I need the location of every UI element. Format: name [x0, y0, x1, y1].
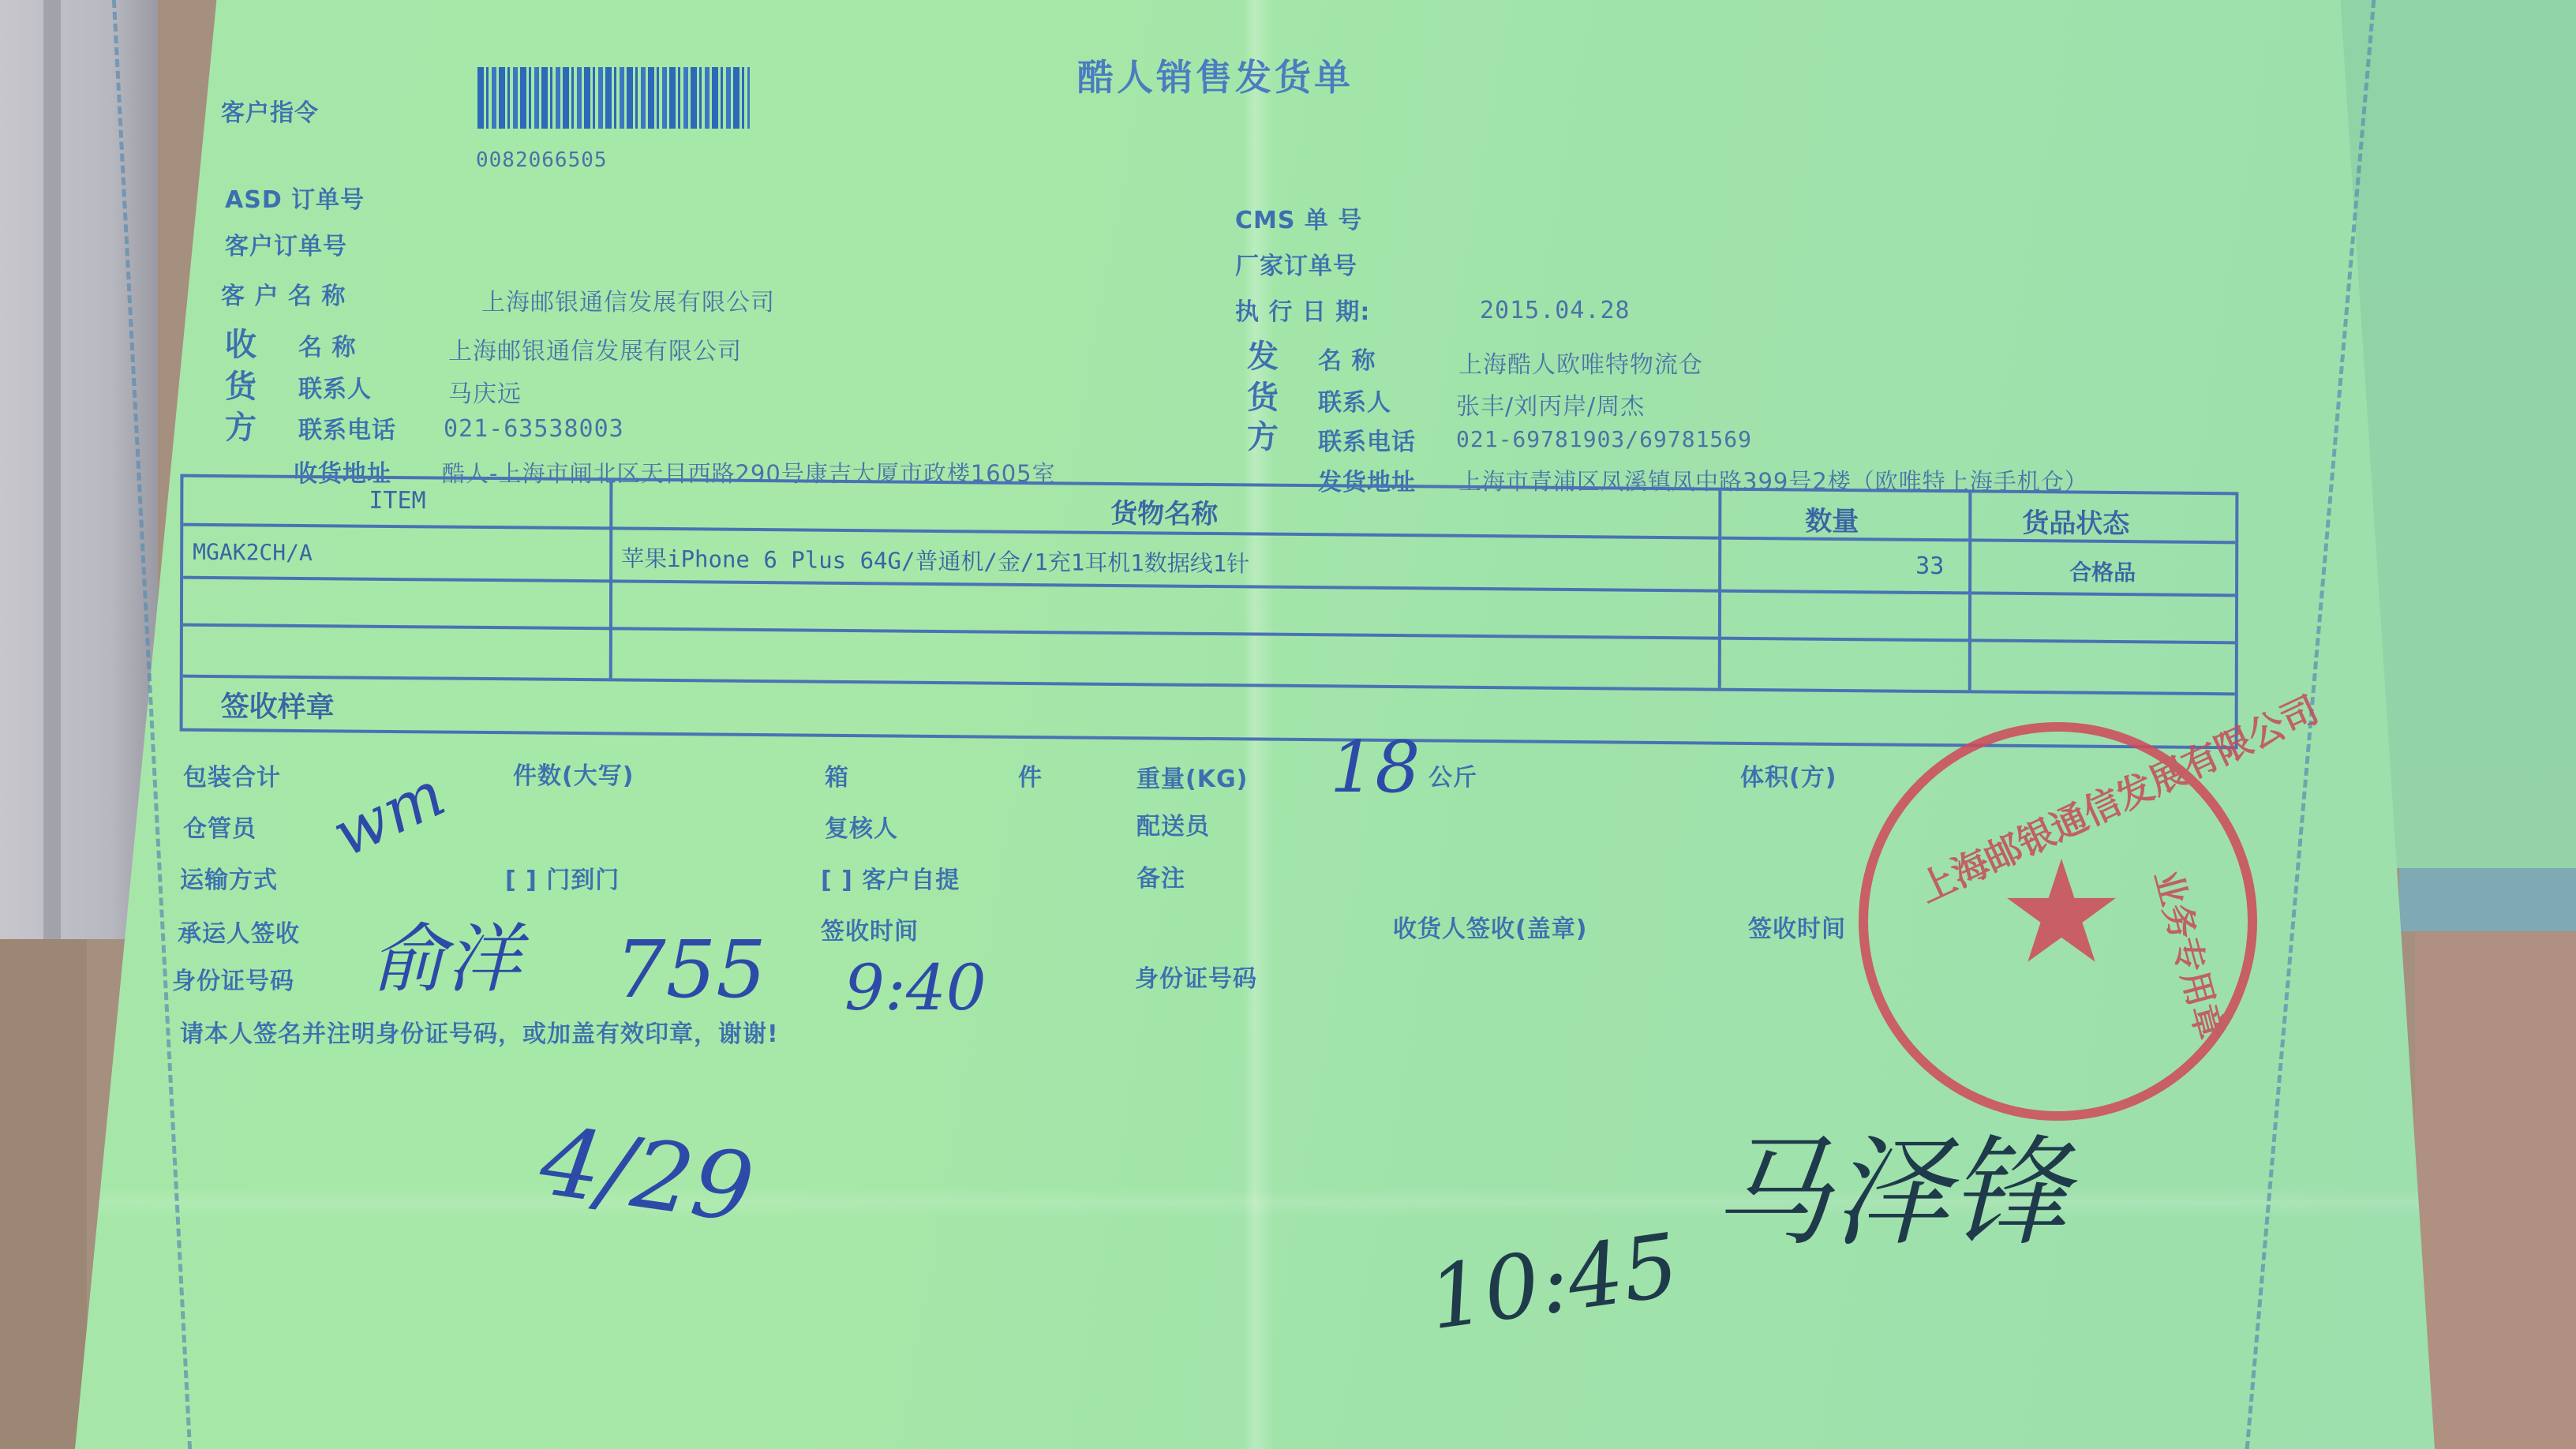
delivery-person-label: 配送员 [1136, 807, 1210, 841]
sender-group-char-1: 发 [1247, 331, 1279, 376]
exec-date-value: 2015.04.28 [1480, 297, 1631, 324]
barcode-number: 0082066505 [476, 148, 608, 172]
receiver-phone-value: 021-63538003 [444, 415, 624, 443]
receiver-contact-value: 马庆远 [448, 374, 522, 409]
company-seal: ★ 上海邮银通信发展有限公司 业务专用章 [1859, 722, 2257, 1121]
table-column-divider [1968, 492, 1972, 690]
row-1-qty: 33 [1915, 552, 1944, 580]
self-pickup-checkbox[interactable]: [ ] 客户自提 [821, 860, 960, 895]
table-column-divider [609, 481, 613, 678]
column-header-qty: 数量 [1805, 500, 1859, 539]
sender-name-label: 名 称 [1318, 341, 1376, 376]
table-column-divider [1718, 491, 1722, 688]
carrier-sign-time-label: 签收时间 [821, 912, 919, 946]
remarks-label: 备注 [1136, 859, 1185, 893]
receiver-sign-time-label: 签收时间 [1748, 909, 1846, 944]
handwritten-carrier-time: 9:40 [844, 951, 987, 1024]
receiver-contact-label: 联系人 [298, 369, 372, 404]
volume-label: 体积(方) [1740, 758, 1837, 792]
paper-fold [43, 0, 61, 939]
barcode [477, 67, 750, 129]
sender-name-value: 上海酷人欧唯特物流仓 [1458, 345, 1703, 380]
customer-name-label: 客 户 名 称 [221, 276, 346, 311]
sender-contact-value: 张丰/刘丙岸/周杰 [1456, 387, 1645, 421]
receiver-name-label: 名 称 [298, 328, 356, 362]
handwritten-weight: 18 [1330, 726, 1421, 809]
weight-unit: 公斤 [1428, 758, 1477, 792]
warehouse-keeper-label: 仓管员 [183, 809, 256, 844]
package-total-label: 包装合计 [183, 758, 281, 792]
customer-code-label: 客户指令 [221, 93, 319, 128]
background-paper-left [0, 0, 158, 939]
receiver-id-label: 身份证号码 [1135, 959, 1257, 994]
handwritten-carrier-number: 755 [616, 923, 766, 1016]
receiver-group-char-3: 方 [225, 402, 257, 447]
row-1-status: 合格品 [2069, 556, 2136, 588]
items-table: ITEM 货物名称 数量 货品状态 MGAK2CH/A 苹果iPhone 6 P… [180, 474, 2239, 750]
table-divider [183, 675, 2235, 696]
handwritten-carrier-signature: 俞洋 [371, 900, 521, 1007]
row-1-item: MGAK2CH/A [193, 539, 313, 566]
background-blue-strip [2399, 868, 2576, 931]
sender-contact-label: 联系人 [1318, 383, 1391, 417]
seal-inner-text: 业务专用章 [2145, 863, 2239, 1044]
box-label: 箱 [825, 758, 849, 792]
background-table-surface-right [2415, 931, 2576, 1449]
receiver-group-char-2: 货 [225, 361, 257, 406]
receiver-name-value: 上海邮银通信发展有限公司 [448, 331, 742, 366]
reviewer-label: 复核人 [825, 809, 898, 844]
background-table-surface [0, 939, 87, 1449]
receiver-phone-label: 联系电话 [298, 410, 396, 445]
carrier-sign-label: 承运人签收 [178, 914, 300, 949]
row-1-name: 苹果iPhone 6 Plus 64G/普通机/金/1充1耳机1数据线1针 [621, 541, 1249, 579]
instruction-text: 请本人签名并注明身份证号码，或加盖有效印章，谢谢! [180, 1014, 779, 1049]
receiver-sign-label: 收货人签收(盖章) [1393, 909, 1587, 944]
sender-phone-label: 联系电话 [1318, 422, 1416, 457]
sender-group-char-2: 货 [1247, 373, 1279, 417]
weight-label: 重量(KG) [1136, 759, 1248, 794]
sender-phone-value: 021-69781903/69781569 [1456, 426, 1752, 452]
transport-label: 运输方式 [180, 860, 278, 895]
sender-group-char-3: 方 [1247, 412, 1279, 457]
customer-name-value: 上海邮银通信发展有限公司 [481, 283, 775, 317]
pieces-caps-label: 件数(大写) [513, 756, 634, 791]
exec-date-label: 执 行 日 期: [1235, 292, 1370, 327]
sign-sample-label: 签收样章 [221, 684, 335, 725]
column-header-status: 货品状态 [2022, 501, 2129, 541]
table-divider [183, 623, 2235, 645]
handwritten-receiver-signature: 马泽锋 [1713, 1097, 2068, 1267]
column-header-item: ITEM [369, 487, 425, 515]
door-to-door-checkbox[interactable]: [ ] 门到门 [505, 860, 620, 895]
pieces-unit: 件 [1018, 758, 1043, 792]
factory-order-label: 厂家订单号 [1235, 246, 1357, 281]
receiver-group-char-1: 收 [225, 320, 257, 365]
asd-order-label: ASD 订单号 [225, 180, 365, 215]
cms-order-label: CMS 单 号 [1235, 200, 1362, 235]
document-title: 酷人销售发货单 [1077, 49, 1354, 101]
customer-order-label: 客户订单号 [225, 227, 347, 261]
carrier-id-label: 身份证号码 [172, 961, 294, 996]
column-header-name: 货物名称 [1110, 492, 1218, 531]
